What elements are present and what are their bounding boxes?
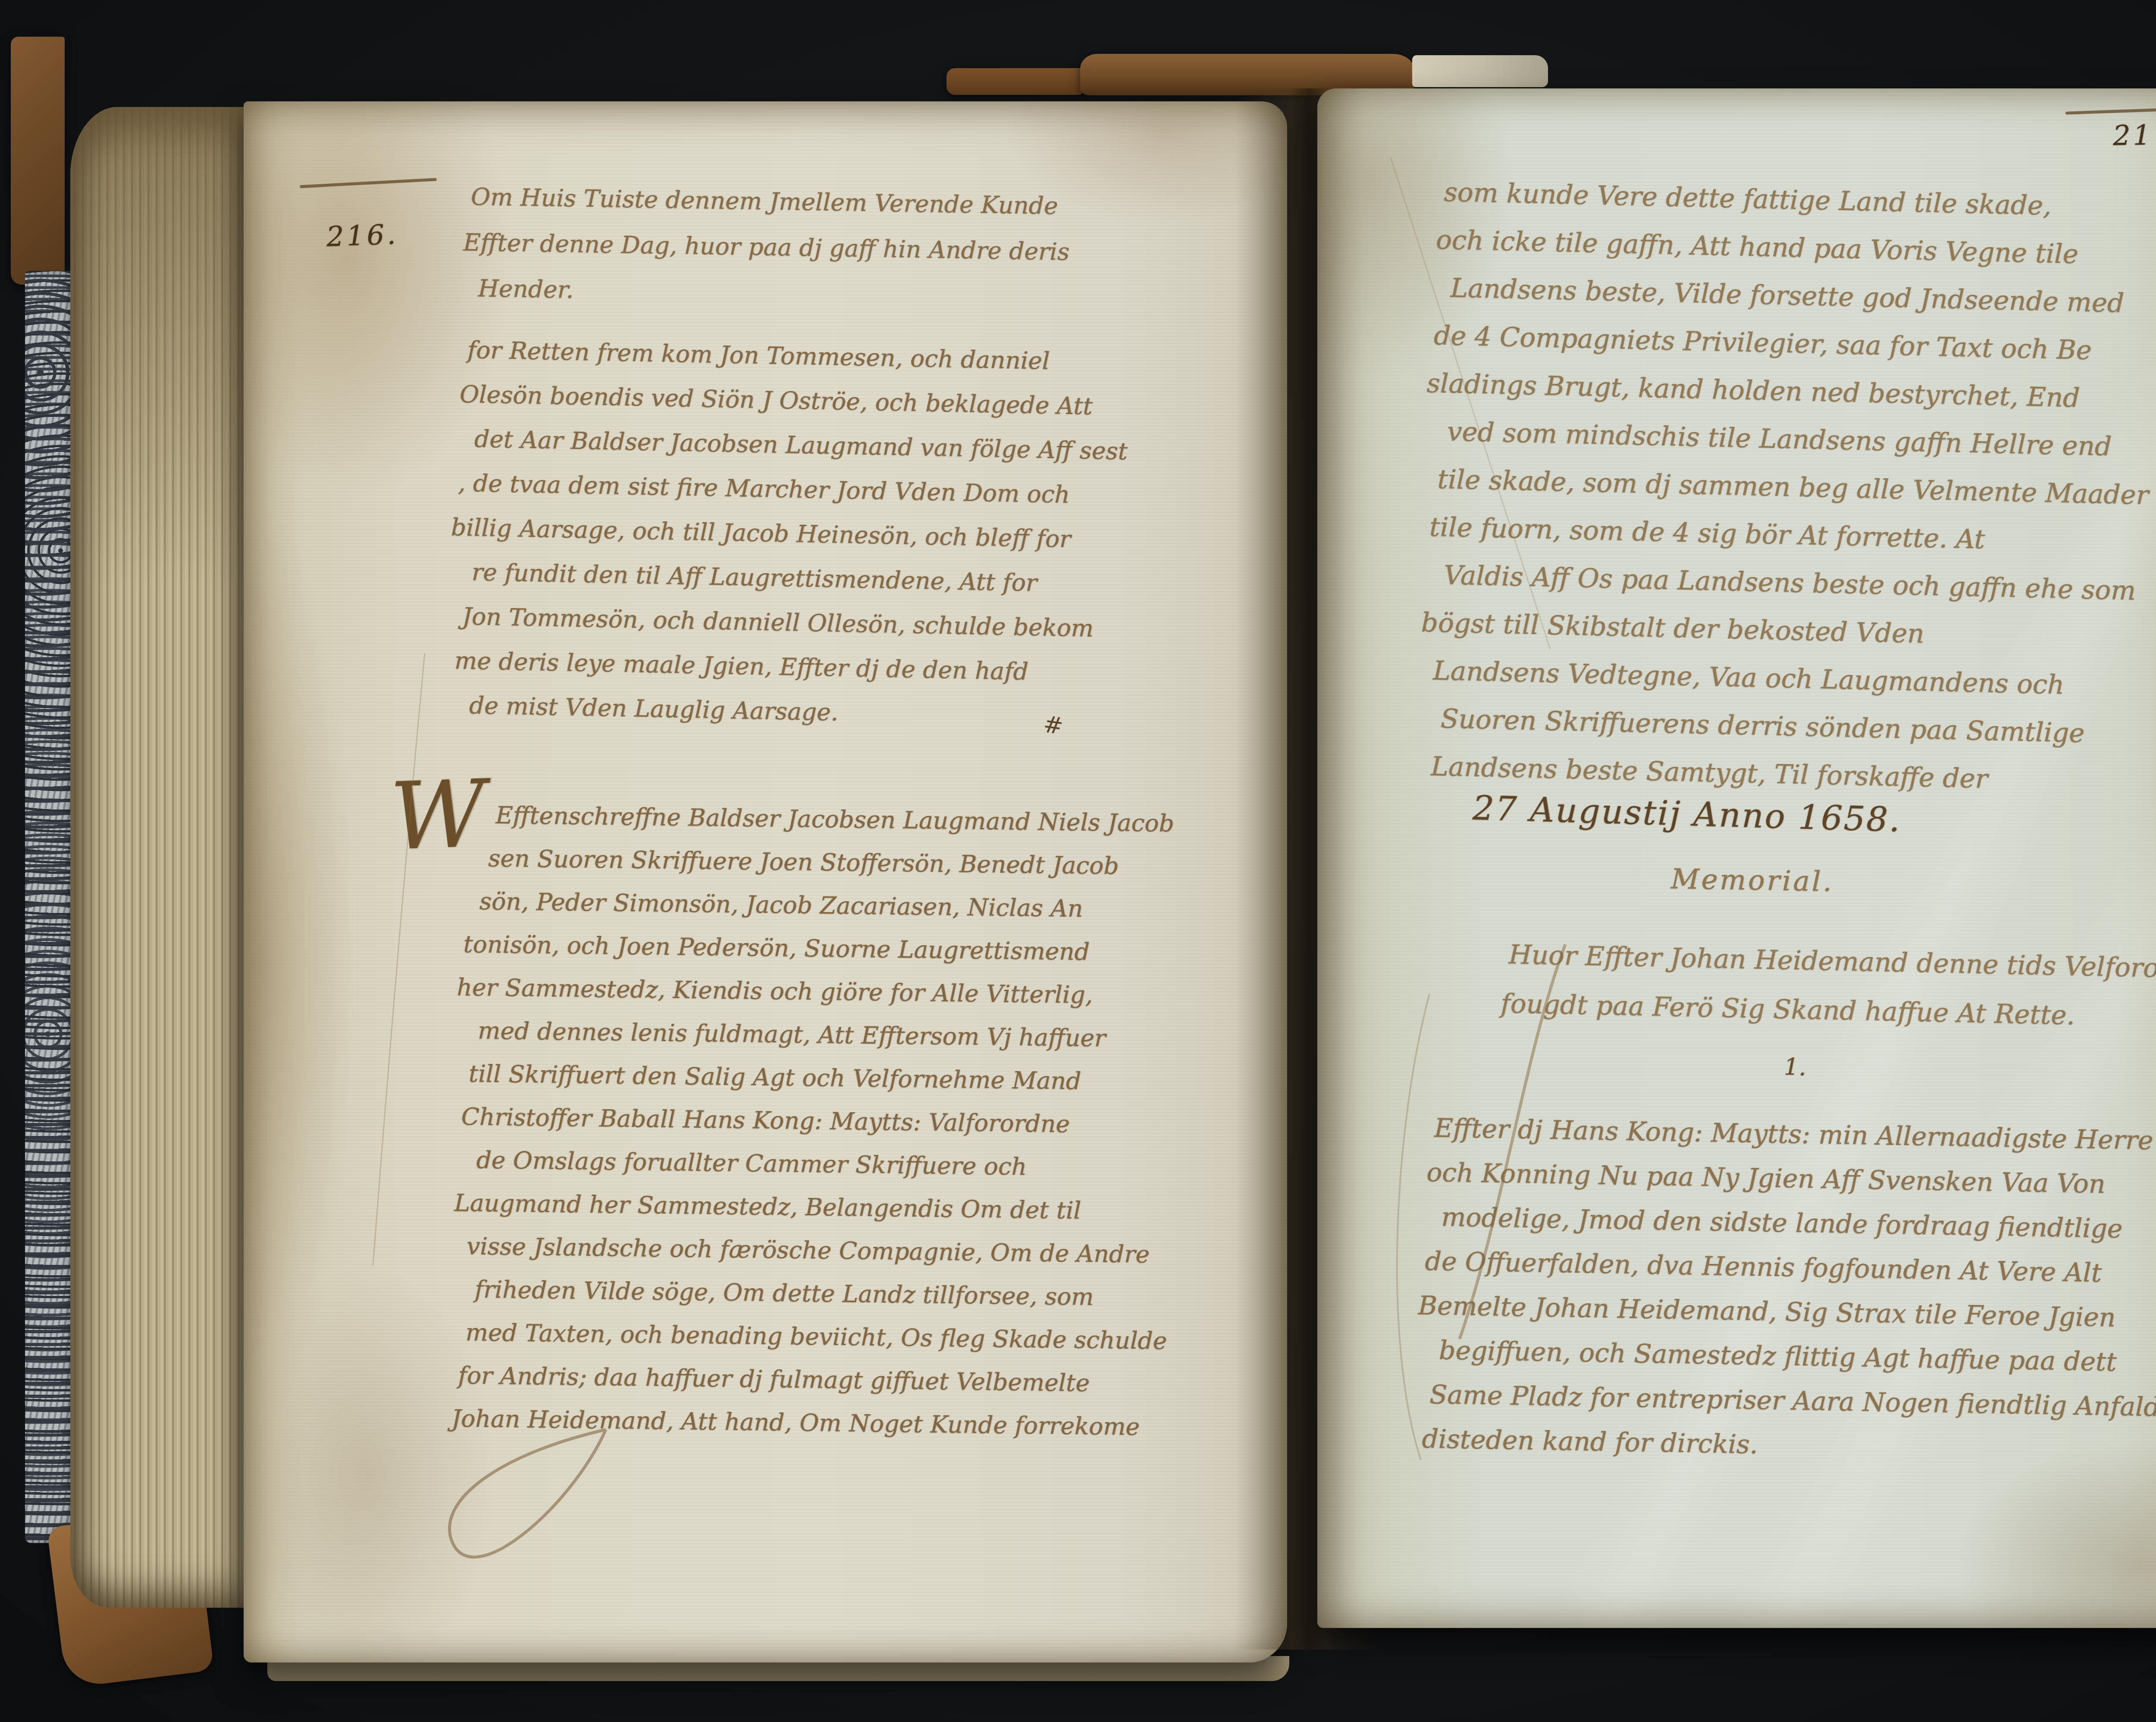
spine-leather-fragment xyxy=(946,68,1082,95)
left-page: 216. Om Huis Tuiste dennem Jmellem Veren… xyxy=(244,101,1287,1662)
torn-paper-fragment-top xyxy=(1412,55,1548,87)
right-page: 217. som kunde Vere dette fattige Land t… xyxy=(1317,88,2156,1628)
pen-flourish-descender xyxy=(244,101,1287,1662)
page-stack-fore-edge-left xyxy=(70,107,246,1608)
leather-cover-fragment-top-left xyxy=(11,37,65,285)
pen-flourish-loop xyxy=(1317,88,2156,1628)
marbled-cover-edge-left xyxy=(25,271,76,1543)
photo-backdrop: 216. Om Huis Tuiste dennem Jmellem Veren… xyxy=(0,0,2156,1722)
